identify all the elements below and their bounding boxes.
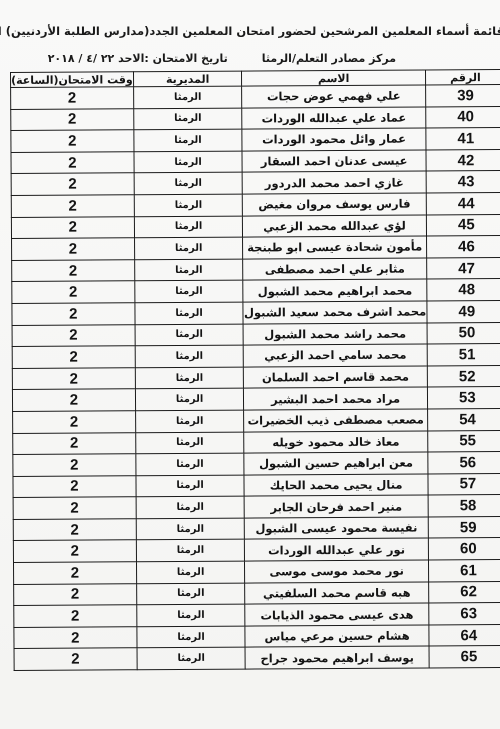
exam-time-cell: 2 [13, 519, 136, 541]
exam-time-cell: 2 [11, 152, 134, 174]
candidate-name: لؤي عبدالله محمد الزعبي [243, 215, 426, 238]
candidate-name: محمد راشد محمد الشبول [244, 322, 427, 345]
row-number: 41 [426, 128, 500, 150]
candidate-name: هدى عيسى محمود الذيابات [245, 603, 428, 626]
directorate-cell: الرمثا [134, 216, 243, 238]
document-title: قائمة أسماء المعلمين المرشحين لحضور امتح… [0, 24, 500, 38]
candidates-table: الرقم الاسم المديرية وقت الامتحان(الساعة… [10, 69, 500, 671]
row-number: 42 [426, 149, 500, 171]
row-number: 47 [426, 257, 500, 279]
candidate-name: محمد قاسم احمد السلمان [244, 366, 427, 389]
table-row: 48محمد ابراهيم محمد الشبولالرمثا2 [12, 279, 500, 304]
row-number: 65 [429, 646, 500, 668]
exam-time-cell: 2 [12, 281, 135, 303]
table-row: 63هدى عيسى محمود الذياباتالرمثا2 [14, 603, 500, 628]
directorate-cell: الرمثا [133, 108, 242, 130]
directorate-cell: الرمثا [135, 410, 244, 432]
directorate-cell: الرمثا [134, 129, 243, 151]
table-row: 58منير احمد فرحان الجابرالرمثا2 [13, 495, 500, 520]
table-row: 47مثابر علي احمد مصطفىالرمثا2 [12, 257, 500, 282]
candidate-name: معن ابراهيم حسين الشبول [244, 452, 427, 475]
exam-time-cell: 2 [11, 173, 134, 195]
row-number: 46 [426, 236, 500, 258]
row-number: 64 [429, 624, 500, 646]
document-subtitle: مركز مصادر التعلم/الرمثاتاريخ الامتحان :… [14, 52, 396, 65]
exam-time-cell: 2 [13, 411, 136, 433]
exam-time-cell: 2 [11, 216, 134, 238]
directorate-cell: الرمثا [136, 561, 245, 583]
table-row: 64هشام حسين مرعي مياسالرمثا2 [14, 624, 500, 649]
directorate-cell: الرمثا [137, 626, 246, 648]
row-number: 45 [426, 214, 500, 236]
exam-time-cell: 2 [14, 648, 137, 670]
candidate-name: مأمون شحادة عيسى ابو طبنجة [243, 236, 426, 259]
candidate-name: هبه قاسم محمد السلفيتي [245, 582, 428, 605]
table-row: 50محمد راشد محمد الشبولالرمثا2 [12, 322, 500, 347]
candidate-name: عماد علي عبدالله الوردات [242, 107, 425, 130]
candidate-name: عمار وائل محمود الوردات [242, 128, 425, 151]
directorate-cell: الرمثا [134, 237, 243, 259]
exam-time-cell: 2 [13, 562, 136, 584]
row-number: 57 [428, 473, 500, 495]
exam-time-cell: 2 [13, 540, 136, 562]
directorate-cell: الرمثا [134, 280, 243, 302]
table-row: 45لؤي عبدالله محمد الزعبيالرمثا2 [11, 214, 500, 239]
table-row: 61نور محمد موسى موسىالرمثا2 [13, 560, 500, 585]
exam-time-cell: 2 [13, 432, 136, 454]
directorate-cell: الرمثا [135, 432, 244, 454]
table-body: 39علي فهمي عوض حجاتالرمثا240عماد علي عبد… [11, 84, 500, 670]
row-number: 59 [428, 516, 500, 538]
row-number: 58 [428, 495, 500, 517]
exam-time-cell: 2 [11, 108, 134, 130]
table-row: 62هبه قاسم محمد السلفيتيالرمثا2 [14, 581, 500, 606]
row-number: 51 [427, 344, 500, 366]
table-row: 44فارس يوسف مروان مغيضالرمثا2 [11, 192, 500, 217]
candidate-name: مصعب مصطفى ذيب الخضيرات [244, 409, 427, 432]
candidate-name: هشام حسين مرعي مياس [245, 625, 428, 648]
directorate-cell: الرمثا [136, 475, 245, 497]
row-number: 49 [427, 300, 500, 322]
candidate-name: محمد سامي احمد الزعبي [244, 344, 427, 367]
exam-time-cell: 2 [14, 605, 137, 627]
row-number: 53 [427, 387, 500, 409]
table-row: 55معاذ خالد محمود خويلهالرمثا2 [13, 430, 500, 455]
row-number: 43 [426, 171, 500, 193]
exam-time-cell: 2 [11, 87, 134, 109]
row-number: 55 [427, 430, 500, 452]
row-number: 63 [429, 603, 500, 625]
directorate-cell: الرمثا [133, 86, 242, 108]
candidate-name: فارس يوسف مروان مغيض [243, 193, 426, 216]
candidate-name: نفيسة محمود عيسى الشبول [245, 517, 428, 540]
exam-time-cell: 2 [13, 497, 136, 519]
exam-time-cell: 2 [12, 303, 135, 325]
directorate-cell: الرمثا [134, 172, 243, 194]
row-number: 52 [427, 365, 500, 387]
directorate-cell: الرمثا [135, 302, 244, 324]
table-row: 57منال يحيى محمد الحايكالرمثا2 [13, 473, 500, 498]
candidate-name: منير احمد فرحان الجابر [245, 495, 428, 518]
scanned-document-page: قائمة أسماء المعلمين المرشحين لحضور امتح… [0, 0, 500, 729]
row-number: 54 [427, 408, 500, 430]
row-number: 50 [427, 322, 500, 344]
directorate-cell: الرمثا [136, 453, 245, 475]
row-number: 39 [425, 84, 500, 106]
directorate-cell: الرمثا [135, 388, 244, 410]
directorate-cell: الرمثا [136, 518, 245, 540]
table-row: 51محمد سامي احمد الزعبيالرمثا2 [12, 344, 500, 369]
table-row: 42عيسى عدنان احمد السقارالرمثا2 [11, 149, 500, 174]
column-header-directorate: المديرية [133, 71, 242, 87]
candidate-name: علي فهمي عوض حجات [242, 85, 425, 108]
table-row: 65يوسف ابراهيم محمود جراحالرمثا2 [14, 646, 500, 671]
directorate-cell: الرمثا [137, 648, 246, 670]
directorate-cell: الرمثا [134, 151, 243, 173]
candidate-name: محمد ابراهيم محمد الشبول [243, 279, 426, 302]
row-number: 60 [428, 538, 500, 560]
column-header-exam-time: وقت الامتحان(الساعة) [11, 72, 134, 88]
exam-time-cell: 2 [12, 324, 135, 346]
candidate-name: مثابر علي احمد مصطفى [243, 258, 426, 281]
candidate-name: يوسف ابراهيم محمود جراح [245, 646, 428, 669]
table-row: 54مصعب مصطفى ذيب الخضيراتالرمثا2 [13, 408, 500, 433]
exam-time-cell: 2 [12, 367, 135, 389]
table-row: 60نور علي عبدالله الورداتالرمثا2 [13, 538, 500, 563]
table-row: 49محمد اشرف محمد سعيد الشبولالرمثا2 [12, 300, 500, 325]
exam-time-cell: 2 [12, 389, 135, 411]
candidate-name: عيسى عدنان احمد السقار [242, 150, 425, 173]
directorate-cell: الرمثا [136, 496, 245, 518]
exam-time-cell: 2 [13, 454, 136, 476]
row-number: 61 [428, 560, 500, 582]
row-number: 56 [428, 452, 500, 474]
candidate-name: غازي احمد محمد الدردور [243, 171, 426, 194]
table-row: 39علي فهمي عوض حجاتالرمثا2 [11, 84, 500, 109]
exam-time-cell: 2 [12, 259, 135, 281]
row-number: 44 [426, 192, 500, 214]
exam-time-cell: 2 [11, 195, 134, 217]
row-number: 48 [427, 279, 500, 301]
candidate-name: محمد اشرف محمد سعيد الشبول [243, 301, 426, 324]
directorate-cell: الرمثا [134, 259, 243, 281]
directorate-cell: الرمثا [136, 604, 245, 626]
directorate-cell: الرمثا [135, 345, 244, 367]
directorate-cell: الرمثا [135, 324, 244, 346]
exam-time-cell: 2 [12, 346, 135, 368]
table-row: 43غازي احمد محمد الدردورالرمثا2 [11, 171, 500, 196]
candidate-name: مراد محمد احمد البشير [244, 387, 427, 410]
table-row: 59نفيسة محمود عيسى الشبولالرمثا2 [13, 516, 500, 541]
column-header-number: الرقم [425, 69, 500, 84]
exam-time-cell: 2 [11, 130, 134, 152]
table-row: 52محمد قاسم احمد السلمانالرمثا2 [12, 365, 500, 390]
exam-center: مركز مصادر التعلم/الرمثا [262, 52, 396, 65]
directorate-cell: الرمثا [134, 194, 243, 216]
table-row: 40عماد علي عبدالله الورداتالرمثا2 [11, 106, 500, 131]
row-number: 62 [428, 581, 500, 603]
exam-time-cell: 2 [14, 583, 137, 605]
exam-time-cell: 2 [14, 627, 137, 649]
exam-time-cell: 2 [12, 238, 135, 260]
table-row: 56معن ابراهيم حسين الشبولالرمثا2 [13, 452, 500, 477]
directorate-cell: الرمثا [135, 367, 244, 389]
table-row: 46مأمون شحادة عيسى ابو طبنجةالرمثا2 [12, 236, 500, 261]
exam-date: تاريخ الامتحان :الاحد ٢٢ /٤ / ٢٠١٨ [48, 52, 228, 65]
row-number: 40 [425, 106, 500, 128]
candidate-name: نور محمد موسى موسى [245, 560, 428, 583]
table-row: 53مراد محمد احمد البشيرالرمثا2 [12, 387, 500, 412]
exam-time-cell: 2 [13, 475, 136, 497]
directorate-cell: الرمثا [136, 583, 245, 605]
table-row: 41عمار وائل محمود الورداتالرمثا2 [11, 128, 500, 153]
candidate-name: معاذ خالد محمود خويله [244, 430, 427, 453]
column-header-name: الاسم [242, 70, 425, 86]
candidate-name: نور علي عبدالله الوردات [245, 538, 428, 561]
directorate-cell: الرمثا [136, 540, 245, 562]
candidate-name: منال يحيى محمد الحايك [244, 474, 427, 497]
